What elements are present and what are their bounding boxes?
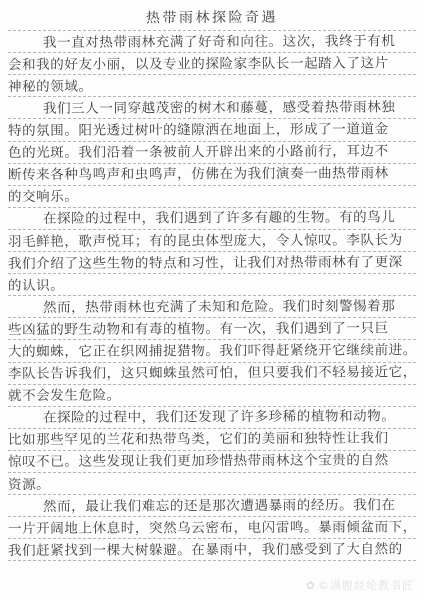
watermark-flower-icon: ✿ xyxy=(306,579,316,592)
essay-line-text: 在探险的过程中，我们遇到了许多有趣的生物。有的鸟儿 xyxy=(8,212,395,229)
essay-line: 我们介绍了这些生物的特点和习性，让我们对热带雨林有了更深 xyxy=(8,252,416,274)
essay-line: 然而，最让我们难忘的还是那次遭遇暴雨的经历。我们在 xyxy=(8,495,416,517)
essay-line-text: 然而，最让我们难忘的还是那次遭遇暴雨的经历。我们在 xyxy=(8,499,395,516)
essay-line-text: 我们三人一同穿越茂密的树木和藤蔓，感受着热带雨林独 xyxy=(8,101,395,118)
essay-line-text: 然而，热带雨林也充满了未知和危险。我们时刻警惕着那 xyxy=(8,300,395,317)
essay-line-text: 惊叹不已。这些发现让我们更加珍惜热带雨林这个宝贵的自然 xyxy=(8,455,389,472)
essay-line-text: 羽毛鲜艳，歌声悦耳；有的昆虫体型庞大，令人惊叹。李队长为 xyxy=(8,234,403,251)
essay-line-text: 神秘的领域。 xyxy=(8,81,93,97)
essay-line-text: 一片开阔地上休息时，突然乌云密布，电闪雷鸣。暴雨倾盆而下， xyxy=(8,521,416,538)
essay-lines: 我一直对热带雨林充满了好奇和向往。这次，我终于有机会和我的好友小丽，以及专业的探… xyxy=(0,31,424,561)
essay-line-text: 会和我的好友小丽，以及专业的探险家李队长一起踏入了这片 xyxy=(8,57,389,74)
essay-line: 断传来各种鸟鸣声和虫鸣声，仿佛在为我们演奏一曲热带雨林 xyxy=(8,164,416,186)
essay-line-text: 比如那些罕见的兰花和热带鸟类，它们的美丽和独特性让我们 xyxy=(8,433,389,450)
essay-line-text: 的认识。 xyxy=(8,279,64,295)
essay-line: 然而，热带雨林也充满了未知和危险。我们时刻警惕着那 xyxy=(8,296,416,318)
essay-line: 在探险的过程中，我们还发现了许多珍稀的植物和动物。 xyxy=(8,407,416,429)
watermark: ✿©满腹经纶教书匠 xyxy=(306,577,414,593)
essay-line-text: 我们介绍了这些生物的特点和习性，让我们对热带雨林有了更深 xyxy=(8,256,403,273)
essay-line: 就不会发生危险。 xyxy=(8,385,416,407)
essay-title: 热带雨林探险奇遇 xyxy=(146,9,278,30)
essay-line-text: 色的光斑。我们沿着一条被前人开辟出来的小路前行，耳边不 xyxy=(8,145,389,162)
essay-line: 惊叹不已。这些发现让我们更加珍惜热带雨林这个宝贵的自然 xyxy=(8,451,416,473)
essay-line: 资源。 xyxy=(8,473,416,495)
essay-line: 些凶猛的野生动物和有毒的植物。有一次，我们遇到了一只巨 xyxy=(8,318,416,340)
essay-line-text: 我一直对热带雨林充满了好奇和向往。这次，我终于有机 xyxy=(8,35,395,52)
essay-line: 的认识。 xyxy=(8,274,416,296)
essay-line-text: 些凶猛的野生动物和有毒的植物。有一次，我们遇到了一只巨 xyxy=(8,322,389,339)
essay-line-text: 大的蜘蛛，它正在织网捕捉猎物。我们吓得赶紧绕开它继续前进。 xyxy=(8,344,416,361)
essay-line: 羽毛鲜艳，歌声悦耳；有的昆虫体型庞大，令人惊叹。李队长为 xyxy=(8,230,416,252)
notebook-page: 热带雨林探险奇遇 我一直对热带雨林充满了好奇和向往。这次，我终于有机会和我的好友… xyxy=(0,0,424,600)
essay-line-text: 特的氛围。阳光透过树叶的缝隙洒在地面上，形成了一道道金 xyxy=(8,123,389,140)
essay-line: 比如那些罕见的兰花和热带鸟类，它们的美丽和独特性让我们 xyxy=(8,429,416,451)
essay-line: 的交响乐。 xyxy=(8,186,416,208)
essay-line: 大的蜘蛛，它正在织网捕捉猎物。我们吓得赶紧绕开它继续前进。 xyxy=(8,340,416,362)
essay-line-text: 李队长告诉我们，这只蜘蛛虽然可怕，但只要我们不轻易接近它， xyxy=(8,366,416,383)
essay-line-text: 就不会发生危险。 xyxy=(8,390,121,406)
essay-line: 色的光斑。我们沿着一条被前人开辟出来的小路前行，耳边不 xyxy=(8,142,416,164)
essay-line: 我们三人一同穿越茂密的树木和藤蔓，感受着热带雨林独 xyxy=(8,97,416,119)
essay-line-text: 在探险的过程中，我们还发现了许多珍稀的植物和动物。 xyxy=(8,411,395,428)
essay-line: 一片开阔地上休息时，突然乌云密布，电闪雷鸣。暴雨倾盆而下， xyxy=(8,517,416,539)
essay-line: 我一直对热带雨林充满了好奇和向往。这次，我终于有机 xyxy=(8,31,416,53)
essay-line: 神秘的领域。 xyxy=(8,75,416,97)
essay-line: 会和我的好友小丽，以及专业的探险家李队长一起踏入了这片 xyxy=(8,53,416,75)
essay-line-text: 断传来各种鸟鸣声和虫鸣声，仿佛在为我们演奏一曲热带雨林 xyxy=(8,168,389,185)
essay-line-text: 我们赶紧找到一棵大树躲避。在暴雨中，我们感受到了大自然的 xyxy=(8,543,403,560)
watermark-text: ©满腹经纶教书匠 xyxy=(318,579,414,592)
essay-title-row: 热带雨林探险奇遇 xyxy=(8,9,416,31)
essay-line-text: 资源。 xyxy=(8,478,50,494)
essay-line: 李队长告诉我们，这只蜘蛛虽然可怕，但只要我们不轻易接近它， xyxy=(8,363,416,385)
essay-line: 特的氛围。阳光透过树叶的缝隙洒在地面上，形成了一道道金 xyxy=(8,119,416,141)
essay-line: 在探险的过程中，我们遇到了许多有趣的生物。有的鸟儿 xyxy=(8,208,416,230)
essay-line: 我们赶紧找到一棵大树躲避。在暴雨中，我们感受到了大自然的 xyxy=(8,539,416,561)
essay-line-text: 的交响乐。 xyxy=(8,191,78,207)
